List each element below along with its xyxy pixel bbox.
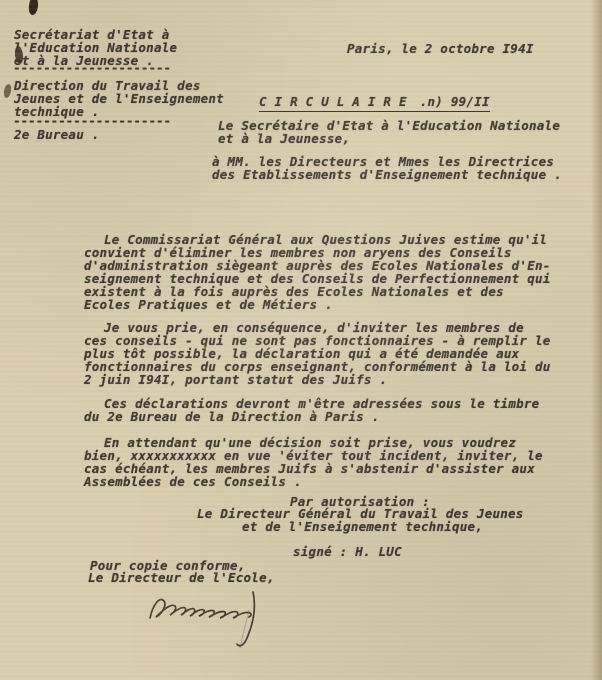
dateline: Paris, le 2 octobre I94I — [347, 43, 534, 56]
addressee: à MM. les Directeurs et Mmes les Directr… — [212, 156, 562, 182]
ink-blot-mark — [3, 83, 12, 98]
salutation: Le Secrétaire d'Etat à l'Education Natio… — [218, 120, 560, 146]
body-paragraph-3: Ces déclarations devront m'être adressée… — [84, 397, 584, 423]
body-paragraph-2: Je vous prie, en conséquence, d'inviter … — [84, 321, 584, 386]
body-paragraph-4: En attendant qu'une décision soit prise,… — [84, 436, 584, 488]
handwritten-signature — [140, 580, 310, 655]
circular-number: .n) 99/II — [420, 94, 490, 109]
letterhead-separator: --------------------- — [13, 115, 171, 128]
scanned-letter-page: Secrétariat d'Etat à l'Education Nationa… — [0, 0, 602, 680]
body-paragraph-1: Le Commissariat Général aux Questions Ju… — [84, 233, 584, 311]
letterhead-bureau: 2e Bureau . — [14, 129, 100, 142]
letterhead-separator: --------------------- — [13, 62, 171, 75]
closing-director-title-2: et de l'Enseignement technique, — [242, 521, 483, 534]
closing-signed-label: signé : H. LUC — [293, 546, 402, 559]
circular-title: C I R C U L A I R E.n) 99/II — [259, 83, 490, 112]
ink-blot-mark — [28, 0, 39, 16]
paper-edge-shadow — [591, 0, 602, 680]
circular-title-label: C I R C U L A I R E — [259, 94, 407, 109]
